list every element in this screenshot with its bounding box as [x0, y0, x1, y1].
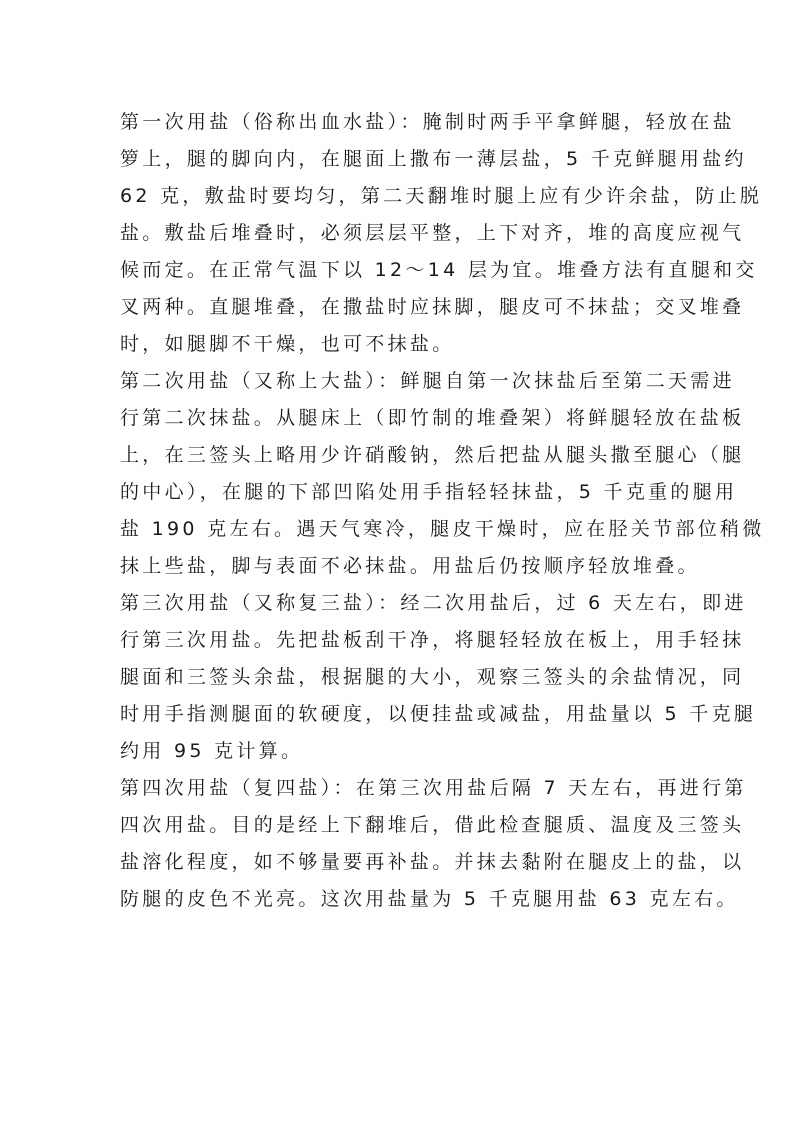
text-line: 第三次用盐（又称复三盐）：经二次用盐后，过 6 天左右，即进 [120, 585, 676, 622]
text-line: 行第二次抹盐。从腿床上（即竹制的堆叠架）将鲜腿轻放在盐板 [120, 400, 676, 437]
text-line: 62 克，敷盐时要均匀，第二天翻堆时腿上应有少许余盐，防止脱 [120, 178, 676, 215]
paragraph-second-salting: 第二次用盐（又称上大盐）：鲜腿自第一次抹盐后至第二天需进 行第二次抹盐。从腿床上… [120, 363, 676, 585]
text-line: 箩上，腿的脚向内，在腿面上撒布一薄层盐，5 千克鲜腿用盐约 [120, 141, 676, 178]
text-line: 的中心），在腿的下部凹陷处用手指轻轻抹盐，5 千克重的腿用 [120, 474, 676, 511]
paragraph-fourth-salting: 第四次用盐（复四盐）：在第三次用盐后隔 7 天左右，再进行第 四次用盐。目的是经… [120, 770, 676, 918]
text-line: 第四次用盐（复四盐）：在第三次用盐后隔 7 天左右，再进行第 [120, 770, 676, 807]
text-line: 时，如腿脚不干燥，也可不抹盐。 [120, 326, 676, 363]
text-line: 时用手指测腿面的软硬度，以便挂盐或减盐，用盐量以 5 千克腿 [120, 696, 676, 733]
paragraph-third-salting: 第三次用盐（又称复三盐）：经二次用盐后，过 6 天左右，即进 行第三次用盐。先把… [120, 585, 676, 770]
text-line: 盐 190 克左右。遇天气寒冷，腿皮干燥时，应在胫关节部位稍微 [120, 511, 676, 548]
text-line: 四次用盐。目的是经上下翻堆后，借此检查腿质、温度及三签头 [120, 807, 676, 844]
text-line: 候而定。在正常气温下以 12～14 层为宜。堆叠方法有直腿和交 [120, 252, 676, 289]
text-line: 约用 95 克计算。 [120, 733, 676, 770]
text-line: 抹上些盐，脚与表面不必抹盐。用盐后仍按顺序轻放堆叠。 [120, 548, 676, 585]
text-line: 盐。敷盐后堆叠时，必须层层平整，上下对齐，堆的高度应视气 [120, 215, 676, 252]
text-line: 上，在三签头上略用少许硝酸钠，然后把盐从腿头撒至腿心（腿 [120, 437, 676, 474]
text-line: 第二次用盐（又称上大盐）：鲜腿自第一次抹盐后至第二天需进 [120, 363, 676, 400]
text-line: 第一次用盐（俗称出血水盐）：腌制时两手平拿鲜腿，轻放在盐 [120, 104, 676, 141]
paragraph-first-salting: 第一次用盐（俗称出血水盐）：腌制时两手平拿鲜腿，轻放在盐 箩上，腿的脚向内，在腿… [120, 104, 676, 363]
text-line: 叉两种。直腿堆叠，在撒盐时应抹脚，腿皮可不抹盐；交叉堆叠 [120, 289, 676, 326]
text-line: 腿面和三签头余盐，根据腿的大小，观察三签头的余盐情况，同 [120, 659, 676, 696]
document-page: 第一次用盐（俗称出血水盐）：腌制时两手平拿鲜腿，轻放在盐 箩上，腿的脚向内，在腿… [120, 104, 676, 918]
text-line: 防腿的皮色不光亮。这次用盐量为 5 千克腿用盐 63 克左右。 [120, 881, 676, 918]
text-line: 行第三次用盐。先把盐板刮干净，将腿轻轻放在板上，用手轻抹 [120, 622, 676, 659]
text-line: 盐溶化程度，如不够量要再补盐。并抹去黏附在腿皮上的盐，以 [120, 844, 676, 881]
